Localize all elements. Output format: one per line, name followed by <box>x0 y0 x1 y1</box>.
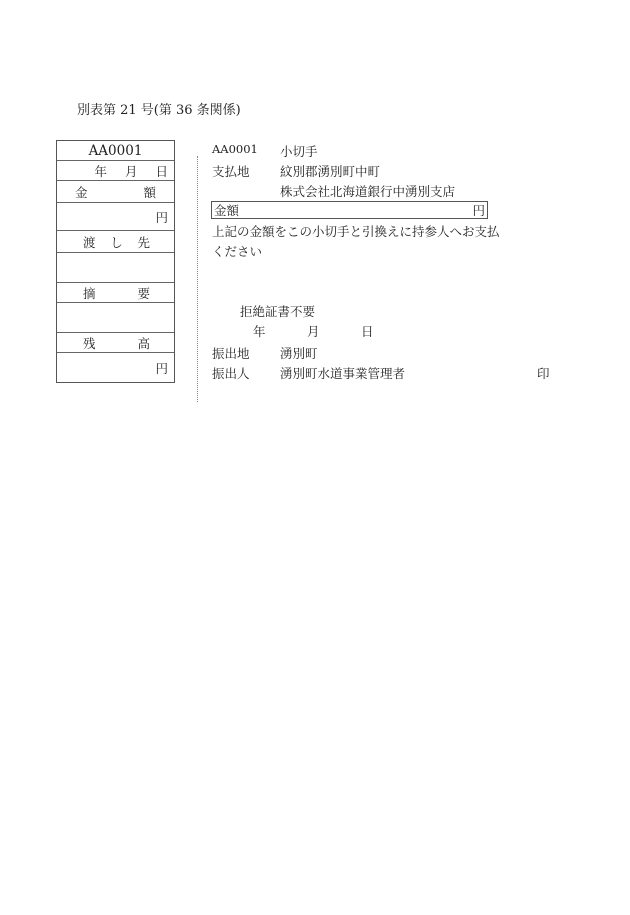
stub-id: AA0001 <box>89 143 143 159</box>
issue-date-month[interactable]: 月 <box>307 322 320 340</box>
drawer-label: 振出人 <box>212 364 250 382</box>
stub-date-row[interactable]: 年 月 日 <box>57 161 174 181</box>
stub-amount-unit: 円 <box>155 208 168 226</box>
stub-amount-label-left: 金 <box>75 183 88 201</box>
stub-summary-field[interactable] <box>57 303 174 333</box>
stub-summary-header: 摘 要 <box>57 283 174 303</box>
stub-balance-field[interactable]: 円 <box>57 353 174 382</box>
stub-payee-field[interactable] <box>57 253 174 283</box>
drawer-value: 湧別町水道事業管理者 <box>280 364 405 382</box>
cheque-id: AA0001 <box>212 142 258 156</box>
stub-balance-header: 残 高 <box>57 333 174 353</box>
cheque-type: 小切手 <box>280 142 318 160</box>
issue-date-day[interactable]: 日 <box>361 322 374 340</box>
stub-payee-label-1: 渡 <box>83 233 96 251</box>
stub-summary-label-left: 摘 <box>83 284 96 302</box>
cheque-stub: AA0001 年 月 日 金 額 円 渡 し 先 摘 要 残 高 円 <box>56 140 175 383</box>
amount-field[interactable]: 金額 円 <box>211 201 488 219</box>
stub-amount-header: 金 額 <box>57 181 174 203</box>
amount-label: 金額 <box>214 201 239 219</box>
protest-waived-note: 拒絶証書不要 <box>240 302 315 320</box>
form-title: 別表第 21 号(第 36 条関係) <box>77 99 241 118</box>
stub-date-year: 年 <box>94 162 107 180</box>
stub-balance-unit: 円 <box>155 359 168 377</box>
amount-unit: 円 <box>472 201 485 219</box>
perforation-line <box>197 156 198 402</box>
stub-payee-header: 渡 し 先 <box>57 231 174 253</box>
bank-name: 株式会社北海道銀行中湧別支店 <box>280 182 455 200</box>
stub-payee-label-2: し <box>110 233 123 251</box>
issue-date-year[interactable]: 年 <box>253 322 266 340</box>
pay-place-label: 支払地 <box>212 162 250 180</box>
pay-place-value: 紋別郡湧別町中町 <box>280 162 380 180</box>
stub-balance-label-left: 残 <box>83 334 96 352</box>
stub-summary-label-right: 要 <box>137 284 150 302</box>
stub-payee-label-3: 先 <box>137 233 150 251</box>
payment-instruction-line-2: ください <box>212 242 262 260</box>
stub-balance-label-right: 高 <box>137 334 150 352</box>
payment-instruction-line-1: 上記の金額をこの小切手と引換えに持参人へお支払 <box>212 222 500 240</box>
stub-date-month: 月 <box>125 162 138 180</box>
issue-place-label: 振出地 <box>212 344 250 362</box>
seal-mark: 印 <box>537 364 550 382</box>
stub-amount-label-right: 額 <box>143 183 156 201</box>
stub-id-row: AA0001 <box>57 141 174 161</box>
stub-amount-field[interactable]: 円 <box>57 203 174 231</box>
issue-place-value: 湧別町 <box>280 344 318 362</box>
stub-date-day: 日 <box>155 162 168 180</box>
